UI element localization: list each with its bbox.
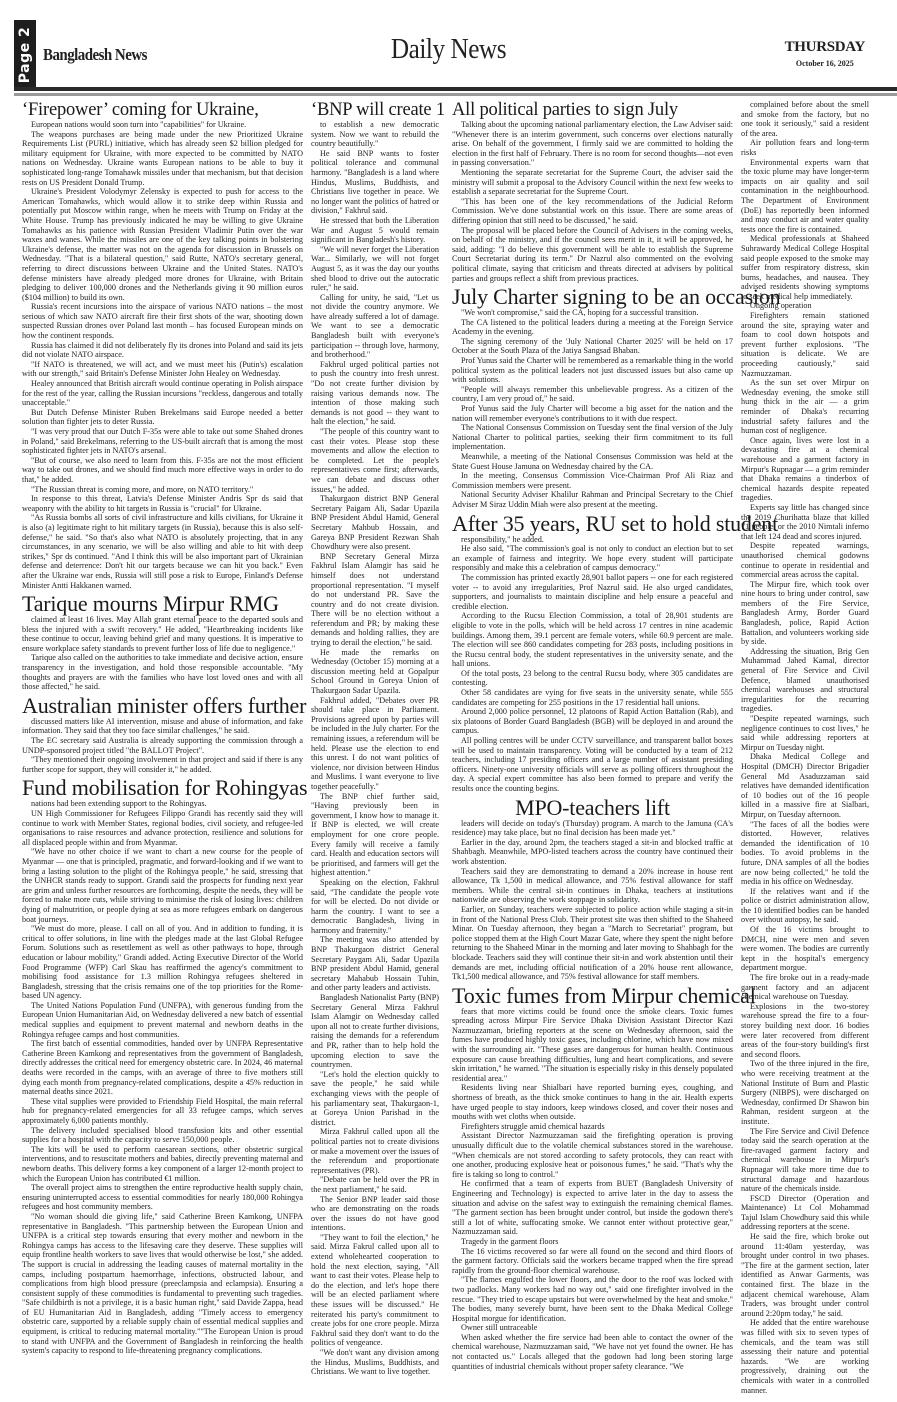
article-paragraph: Talking about the upcoming national parl… xyxy=(452,120,733,168)
article-paragraph: The commission has printed exactly 28,90… xyxy=(452,573,733,611)
masthead: Page 2 Bangladesh News Daily News THURSD… xyxy=(14,20,897,90)
column-2: ‘BNP will create 1 to establish a new de… xyxy=(311,100,439,1380)
article-paragraph: The Mirpur fire, which took over nine ho… xyxy=(741,580,869,647)
article-paragraph: These vital supplies were provided to Fr… xyxy=(22,1097,303,1126)
article-paragraph: "Debate can be held over the PR in the n… xyxy=(311,1175,439,1194)
article-paragraph: Russia has claimed it did not deliberate… xyxy=(22,341,303,360)
article-body: to establish a new democratic system. No… xyxy=(311,120,439,1377)
article-paragraph: He confirmed that a team of experts from… xyxy=(452,1179,733,1237)
article-mpo: MPO-teachers lift leaders will decide on… xyxy=(452,797,733,982)
article-paragraph: Mentioning the separate secretariat for … xyxy=(452,168,733,197)
article-paragraph: Explosions in the two-storey warehouse s… xyxy=(741,1002,869,1060)
article-paragraph: He added that the entire warehouse was f… xyxy=(741,1318,869,1395)
article-paragraph: Ongoing operation xyxy=(741,301,869,311)
article-paragraph: Russia's recent incursions into the airs… xyxy=(22,302,303,340)
article-paragraph: Tragedy in the garment floors xyxy=(452,1237,733,1247)
article-paragraph: Prof Yunus said the Charter will be reme… xyxy=(452,356,733,385)
article-tarique: Tarique mourns Mirpur RMG claimed at lea… xyxy=(22,593,303,692)
article-paragraph: "The Russian threat is coming more, and … xyxy=(22,485,303,495)
article-paragraph: The Fire Service and Civil Defence today… xyxy=(741,1127,869,1194)
article-ukraine: ‘Firepower’ coming for Ukraine, European… xyxy=(22,100,303,590)
article-body: Talking about the upcoming national parl… xyxy=(452,120,733,283)
article-paragraph: "The flames engulfed the lower floors, a… xyxy=(452,1275,733,1323)
article-paragraph: "We must do more, please. I call on all … xyxy=(22,924,303,1001)
article-paragraph: Thakurgaon district BNP General Secretar… xyxy=(311,494,439,552)
article-ru: After 35 years, RU set to hold student r… xyxy=(452,513,733,794)
article-paragraph: The delivery included specialised blood … xyxy=(22,1126,303,1145)
article-paragraph: "No woman should die giving life," said … xyxy=(22,1212,303,1356)
article-paragraph: Two of the three injured in the fire, wh… xyxy=(741,1059,869,1126)
article-paragraph: "Despite repeated warnings, such neglige… xyxy=(741,714,869,752)
article-paragraph: He said BNP wants to foster political to… xyxy=(311,149,439,216)
newspaper-title: Daily News xyxy=(45,34,852,66)
article-paragraph: He made the remarks on Wednesday (Octobe… xyxy=(311,648,439,696)
article-paragraph: In response to this threat, Latvia's Def… xyxy=(22,494,303,513)
article-paragraph: If the relatives want and if the police … xyxy=(741,887,869,925)
article-body: responsibility," he added.He also said, … xyxy=(452,535,733,794)
article-paragraph: Earlier in the day, around 2pm, the teac… xyxy=(452,838,733,867)
article-paragraph: "People will always remember this unbeli… xyxy=(452,385,733,404)
article-paragraph: But Dutch Defense Minister Ruben Brekelm… xyxy=(22,408,303,427)
article-july-charter: July Charter signing to be an occasion "… xyxy=(452,286,733,509)
article-paragraph: The kits will be used to perform caesare… xyxy=(22,1145,303,1183)
article-paragraph: "They mentioned their ongoing involvemen… xyxy=(22,755,303,774)
article-paragraph: He also said, "The commission's goal is … xyxy=(452,544,733,573)
article-paragraph: Of the total posts, 23 belong to the cen… xyxy=(452,669,733,688)
article-paragraph: As the sun set over Mirpur on Wednesday … xyxy=(741,378,869,436)
article-paragraph: UN High Commissioner for Refugees Filipp… xyxy=(22,809,303,847)
article-paragraph: Teachers said they are demonstrating to … xyxy=(452,867,733,905)
page-label: Page 2 xyxy=(17,27,33,83)
article-paragraph: The EC secretary said Australia is alrea… xyxy=(22,736,303,755)
article-body: discussed matters like AI intervention, … xyxy=(22,717,303,775)
article-paragraph: "We don't want any division among the Hi… xyxy=(311,1348,439,1377)
article-paragraph: Fakhrul added, "Debates over PR should t… xyxy=(311,696,439,792)
headline-rohingya: Fund mobilisation for Rohingyas xyxy=(22,777,303,799)
article-paragraph: "I was very proud that our Dutch F-35s w… xyxy=(22,427,303,456)
article-paragraph: National Security Adviser Khalilur Rahma… xyxy=(452,490,733,509)
article-paragraph: The BNP chief further said, "Having prev… xyxy=(311,792,439,878)
issue-date: October 16, 2025 xyxy=(785,59,865,68)
article-paragraph: When asked whether the fire service had … xyxy=(452,1333,733,1371)
article-paragraph: The Senior BNP leader said those who are… xyxy=(311,1195,439,1233)
article-paragraph: "We won't compromise," said the CA, hopi… xyxy=(452,308,733,318)
article-paragraph: BNP Secretary General Mirza Fakhrul Isla… xyxy=(311,552,439,648)
article-paragraph: The 16 victims recovered so far were all… xyxy=(452,1247,733,1276)
article-paragraph: Environmental experts warn that the toxi… xyxy=(741,158,869,235)
article-paragraph: The signing ceremony of the 'July Nation… xyxy=(452,337,733,356)
masthead-rule-thick xyxy=(14,87,897,91)
article-paragraph: The proposal will be placed before the C… xyxy=(452,226,733,284)
article-paragraph: nations had been extending support to th… xyxy=(22,799,303,809)
article-paragraph: fears that more victims could be found o… xyxy=(452,1007,733,1084)
article-paragraph: Firefighters remain stationed around the… xyxy=(741,311,869,378)
article-paragraph: "As Russia bombs all sorts of civil infr… xyxy=(22,513,303,590)
headline-tarique: Tarique mourns Mirpur RMG xyxy=(22,593,303,615)
article-paragraph: Air pollution fears and long-term risks xyxy=(741,138,869,157)
article-paragraph: Healey announced that British aircraft w… xyxy=(22,379,303,408)
page-number-tab: Page 2 xyxy=(14,20,36,90)
dateline: THURSDAY October 16, 2025 xyxy=(785,39,865,68)
column-4: complained before about the smell and sm… xyxy=(741,100,869,1398)
article-paragraph: Owner still untraceable xyxy=(452,1323,733,1333)
article-paragraph: Other 58 candidates are vying for five s… xyxy=(452,688,733,707)
article-paragraph: "They want to foil the election," he sai… xyxy=(311,1233,439,1348)
article-paragraph: Bangladesh Nationalist Party (BNP) Secre… xyxy=(311,993,439,1070)
article-paragraph: The meeting was also attended by BNP Tha… xyxy=(311,935,439,993)
headline-ru: After 35 years, RU set to hold student xyxy=(452,513,733,535)
article-paragraph: The overall project aims to strengthen t… xyxy=(22,1183,303,1212)
article-paragraph: complained before about the smell and sm… xyxy=(741,100,869,138)
article-body: complained before about the smell and sm… xyxy=(741,100,869,1395)
headline-ukraine: ‘Firepower’ coming for Ukraine, xyxy=(22,100,303,120)
column-3: All political parties to sign July Talki… xyxy=(452,100,733,1374)
article-paragraph: Earlier, on Sunday, teachers were subjec… xyxy=(452,905,733,982)
article-paragraph: "But of course, we also need to learn fr… xyxy=(22,456,303,485)
column-1: ‘Firepower’ coming for Ukraine, European… xyxy=(22,100,303,1359)
article-paragraph: Firefighters struggle amid chemical haza… xyxy=(452,1122,733,1132)
article-paragraph: Around 2,000 police personnel, 12 platoo… xyxy=(452,707,733,736)
article-body: claimed at least 16 lives. May Allah gra… xyxy=(22,615,303,692)
article-paragraph: Of the 16 victims brought to DMCH, nine … xyxy=(741,925,869,973)
article-body: leaders will decide on today's (Thursday… xyxy=(452,819,733,982)
article-paragraph: Despite repeated warnings, unauthorised … xyxy=(741,541,869,579)
article-paragraph: The National Consensus Commission on Tue… xyxy=(452,423,733,452)
article-july-parties: All political parties to sign July Talki… xyxy=(452,100,733,283)
masthead-rule-thin xyxy=(14,93,897,96)
article-paragraph: "This has been one of the key recommenda… xyxy=(452,197,733,226)
headline-australia: Australian minister offers further xyxy=(22,695,303,717)
headline-july-charter: July Charter signing to be an occasion xyxy=(452,286,733,308)
article-paragraph: Medical professionals at Shaheed Suhrawa… xyxy=(741,234,869,301)
article-rohingya: Fund mobilisation for Rohingyas nations … xyxy=(22,777,303,1355)
article-paragraph: According to the Rucsu Election Commissi… xyxy=(452,611,733,669)
article-paragraph: Speaking on the election, Fakhrul said, … xyxy=(311,878,439,936)
article-paragraph: discussed matters like AI intervention, … xyxy=(22,717,303,736)
article-paragraph: He stressed that both the Liberation War… xyxy=(311,216,439,245)
weekday: THURSDAY xyxy=(785,39,865,56)
article-paragraph: Residents living near Shialbari have rep… xyxy=(452,1083,733,1121)
article-toxic: Toxic fumes from Mirpur chemical fears t… xyxy=(452,985,733,1372)
headline-mpo: MPO-teachers lift xyxy=(452,797,733,819)
article-paragraph: The CA listened to the political leaders… xyxy=(452,318,733,337)
article-body: European nations would soon turn into "c… xyxy=(22,120,303,590)
article-paragraph: "Let's hold the election quickly to save… xyxy=(311,1070,439,1128)
headline-july-parties: All political parties to sign July xyxy=(452,100,733,120)
article-paragraph: Meanwhile, a meeting of the National Con… xyxy=(452,452,733,471)
article-bnp: ‘BNP will create 1 to establish a new de… xyxy=(311,100,439,1377)
article-body: fears that more victims could be found o… xyxy=(452,1007,733,1372)
article-paragraph: Dhaka Medical College and Hospital (DMCH… xyxy=(741,752,869,819)
headline-toxic: Toxic fumes from Mirpur chemical xyxy=(452,985,733,1007)
article-paragraph: "We have no other choice if we want to c… xyxy=(22,847,303,924)
article-body: "We won't compromise," said the CA, hopi… xyxy=(452,308,733,509)
article-paragraph: He said the fire, which broke out around… xyxy=(741,1232,869,1318)
article-paragraph: "If NATO is threatened, we will act, and… xyxy=(22,360,303,379)
article-paragraph: All polling centres will be under CCTV s… xyxy=(452,736,733,794)
article-paragraph: Once again, lives were lost in a devasta… xyxy=(741,436,869,503)
article-paragraph: FSCD Director (Operation and Maintenance… xyxy=(741,1194,869,1232)
article-paragraph: Assistant Director Nazmuzzaman said the … xyxy=(452,1131,733,1179)
article-paragraph: Prof Yunus said the July Charter will be… xyxy=(452,404,733,423)
article-paragraph: "The people of this country want to cast… xyxy=(311,427,439,494)
article-paragraph: The first batch of essential commodities… xyxy=(22,1039,303,1097)
article-paragraph: Fakhrul urged political parties not to p… xyxy=(311,360,439,427)
article-paragraph: "We will never forget the Liberation War… xyxy=(311,245,439,293)
article-paragraph: In the meeting, Consensus Commission Vic… xyxy=(452,471,733,490)
article-paragraph: Experts say little has changed since the… xyxy=(741,503,869,541)
article-paragraph: claimed at least 16 lives. May Allah gra… xyxy=(22,615,303,653)
article-toxic-continued: complained before about the smell and sm… xyxy=(741,100,869,1395)
article-paragraph: The weapons purchases are being made und… xyxy=(22,130,303,188)
article-body: nations had been extending support to th… xyxy=(22,799,303,1355)
headline-bnp: ‘BNP will create 1 xyxy=(311,100,439,120)
article-paragraph: Calling for unity, he said, "Let us not … xyxy=(311,293,439,360)
article-paragraph: European nations would soon turn into "c… xyxy=(22,120,303,130)
article-paragraph: Tarique also called on the authorities t… xyxy=(22,653,303,691)
article-paragraph: leaders will decide on today's (Thursday… xyxy=(452,819,733,838)
article-paragraph: Mirza Fakhrul called upon all the politi… xyxy=(311,1127,439,1175)
article-australia: Australian minister offers further discu… xyxy=(22,695,303,775)
article-paragraph: The fire broke out in a ready-made garme… xyxy=(741,973,869,1002)
article-paragraph: "The faces of all the bodies were distor… xyxy=(741,820,869,887)
article-paragraph: to establish a new democratic system. No… xyxy=(311,120,439,149)
article-paragraph: Addressing the situation, Brig Gen Muham… xyxy=(741,647,869,714)
article-paragraph: The United Nations Population Fund (UNFP… xyxy=(22,1001,303,1039)
article-paragraph: responsibility," he added. xyxy=(452,535,733,545)
article-paragraph: Ukraine's President Volodymyr Zelensky i… xyxy=(22,187,303,302)
